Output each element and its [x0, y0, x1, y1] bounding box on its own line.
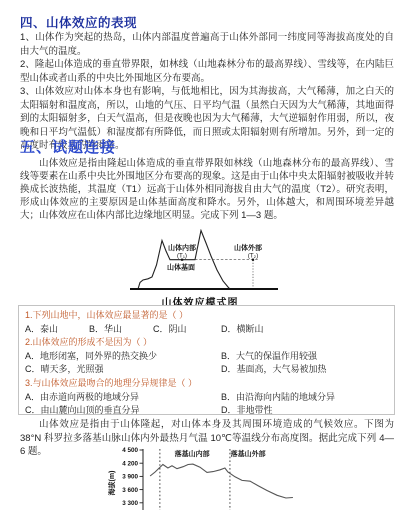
chart-region-label: 落基山内部 [175, 449, 210, 458]
question-3-options-row2: C．由山麓向山顶的垂直分异D．非地带性 [25, 404, 388, 415]
label-t1: (T₁) [177, 252, 187, 259]
section4-body: 1、山体作为突起的热岛，山体内部温度普遍高于山体外部同一纬度同等海拔高度处的自由… [20, 31, 394, 153]
chart-y-tick-label: 3 300 [122, 500, 138, 507]
section4-heading: 四、山体效应的表现 [20, 13, 137, 31]
section5-intro: 山体效应是指由隆起山体造成的垂直带界限如林线（山地森林分布的最高界线）、雪线等要… [20, 157, 394, 222]
mountain-outline [138, 231, 230, 290]
q1-option-b: B．华山 [89, 323, 153, 337]
question-3: 3.与山体效应最吻合的地理分异规律是（ ） [25, 377, 388, 391]
question-1-options: A．泰山B．华山C．阴山D．横断山 [25, 323, 388, 337]
q1-option-a: A．泰山 [25, 323, 89, 337]
s4-item-2: 2、隆起山体造成的垂直带界限，如林线（山地森林分布的最高界线）、雪线等，在内陆巨… [20, 58, 394, 85]
q1-option-d: D．横断山 [221, 323, 264, 337]
isotherm-chart: 4 5004 2003 9003 6003 300落基山内部落基山外部海拔(m) [108, 447, 398, 510]
question-2-options-row1: A．地形闭塞，同外界的热交换少B．大气的保温作用较强 [25, 350, 388, 364]
label-mountain-outer: 山体外部 [234, 243, 262, 252]
q2-option-d: D．基面高，大气易被加热 [221, 363, 327, 377]
section5-heading: 五、试题连接 [20, 136, 116, 157]
question-3-options-row1: A．由赤道向两极的地域分异B．由沿海向内陆的地域分异 [25, 391, 388, 405]
chart-curve [150, 464, 293, 498]
chart-region-label: 落基山外部 [231, 449, 266, 458]
q2-option-a: A．地形闭塞，同外界的热交换少 [25, 350, 221, 364]
chart-y-axis-label: 海拔(m) [108, 471, 116, 496]
question-1: 1.下列山地中，山体效应最显著的是（ ） [25, 309, 388, 323]
q2-option-b: B．大气的保温作用较强 [221, 350, 317, 364]
question-2-options-row2: C．晴天多，光照强D．基面高，大气易被加热 [25, 363, 388, 377]
chart-y-tick-label: 3 900 [122, 474, 138, 481]
chart-y-tick-label: 4 200 [122, 460, 138, 467]
chart-y-tick-label: 3 600 [122, 487, 138, 494]
q3-option-a: A．由赤道向两极的地域分异 [25, 391, 221, 405]
q3-option-d: D．非地带性 [221, 404, 273, 415]
questions-box: 1.下列山地中，山体效应最显著的是（ ） A．泰山B．华山C．阴山D．横断山 2… [18, 305, 395, 415]
label-base-surface: 山体基面 [167, 263, 195, 272]
chart-y-tick-label: 4 500 [122, 447, 138, 454]
q2-option-c: C．晴天多，光照强 [25, 363, 221, 377]
q3-option-c: C．由山麓向山顶的垂直分异 [25, 404, 221, 415]
mountain-diagram-svg: 山体内部 (T₁) 山体基面 山体外部 (T₂) [125, 229, 315, 293]
label-t2: (T₂) [248, 252, 258, 259]
label-mountain-inner: 山体内部 [168, 243, 196, 252]
q1-option-c: C．阴山 [153, 323, 221, 337]
q3-option-b: B．由沿海向内陆的地域分异 [221, 391, 335, 405]
s4-item-1: 1、山体作为突起的热岛，山体内部温度普遍高于山体外部同一纬度同等海拔高度处的自由… [20, 31, 394, 58]
question-2: 2.山体效应的形成不是因为（ ） [25, 336, 388, 350]
